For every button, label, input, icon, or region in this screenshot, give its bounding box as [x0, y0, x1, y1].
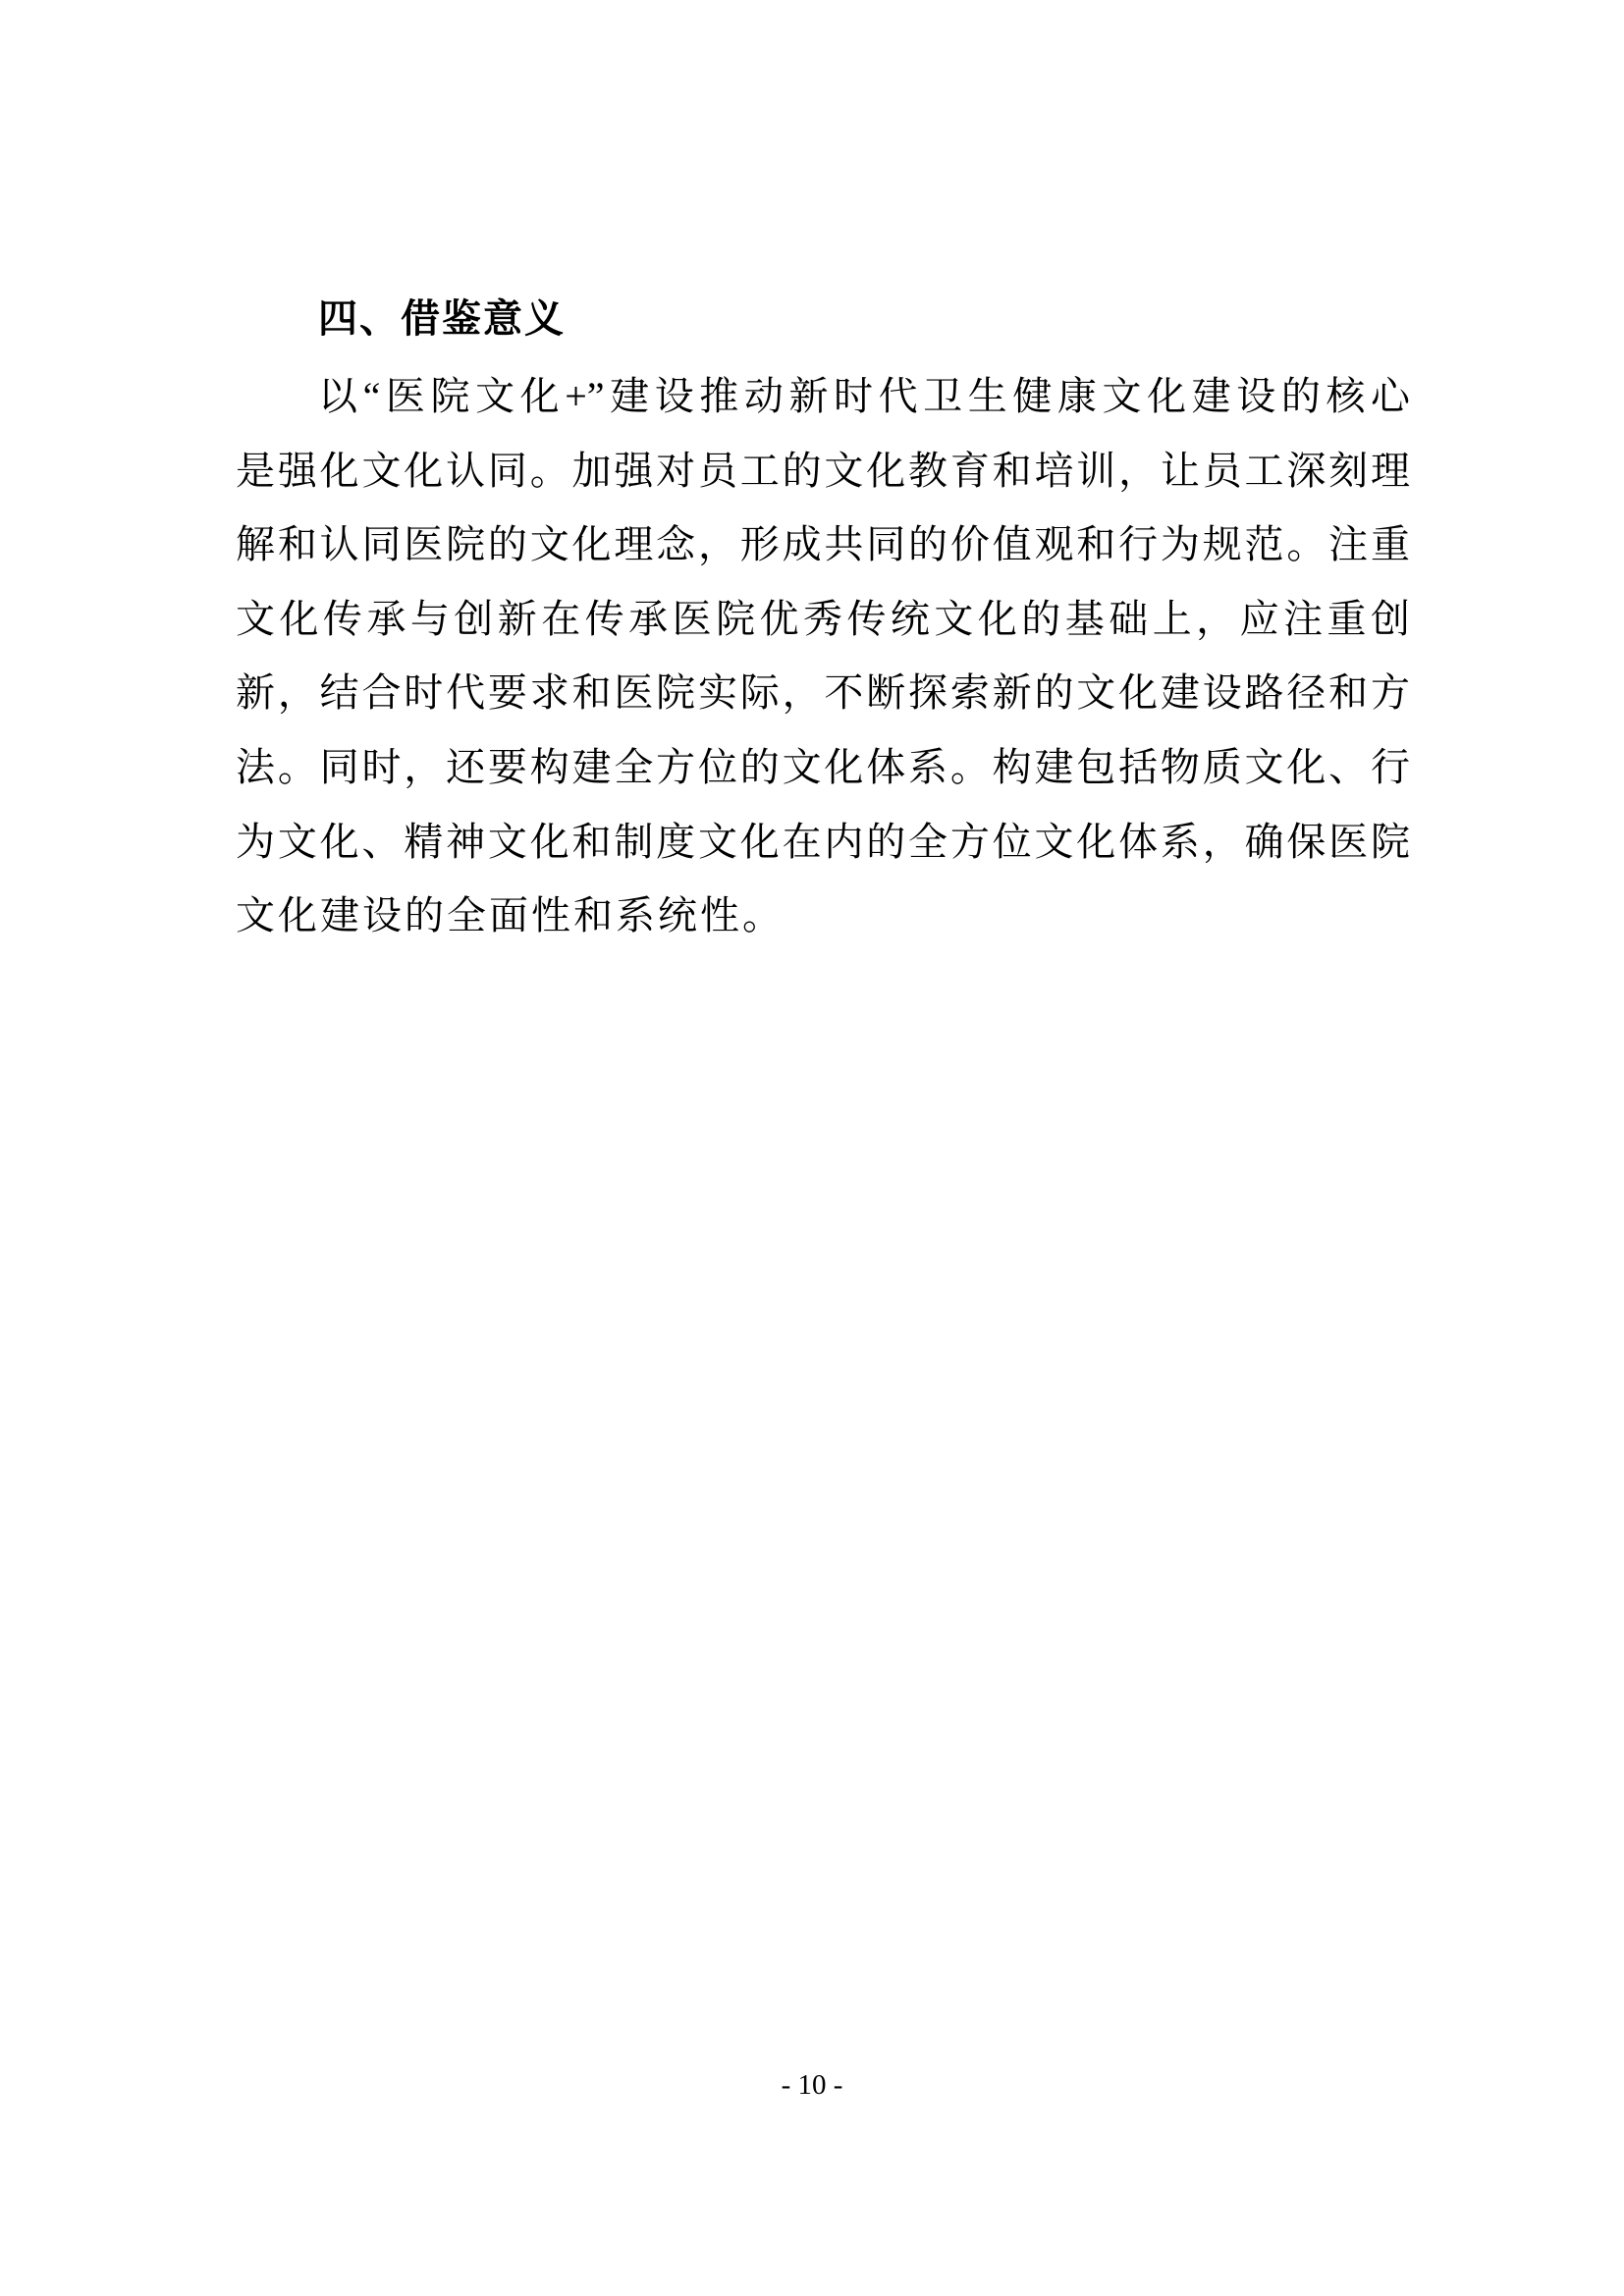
paragraph-line: 是强化文化认同。加强对员工的文化教育和培训，让员工深刻理	[236, 434, 1410, 508]
paragraph: 以“医院文化+”建设推动新时代卫生健康文化建设的核心 是强化文化认同。加强对员工…	[236, 359, 1410, 953]
document-page: 四、借鉴意义 以“医院文化+”建设推动新时代卫生健康文化建设的核心 是强化文化认…	[0, 0, 1624, 2296]
paragraph-line: 新，结合时代要求和医院实际，不断探索新的文化建设路径和方	[236, 656, 1410, 730]
paragraph-line: 文化建设的全面性和系统性。	[236, 879, 1410, 953]
paragraph-line: 以“医院文化+”建设推动新时代卫生健康文化建设的核心	[236, 359, 1410, 434]
page-number: - 10 -	[0, 2065, 1624, 2105]
paragraph-line: 文化传承与创新在传承医院优秀传统文化的基础上，应注重创	[236, 582, 1410, 657]
paragraph-line: 解和认同医院的文化理念，形成共同的价值观和行为规范。注重	[236, 507, 1410, 582]
paragraph-line: 为文化、精神文化和制度文化在内的全方位文化体系，确保医院	[236, 805, 1410, 880]
section-heading: 四、借鉴意义	[236, 291, 1410, 347]
document-body: 四、借鉴意义 以“医院文化+”建设推动新时代卫生健康文化建设的核心 是强化文化认…	[236, 291, 1410, 953]
paragraph-line: 法。同时，还要构建全方位的文化体系。构建包括物质文化、行	[236, 730, 1410, 805]
